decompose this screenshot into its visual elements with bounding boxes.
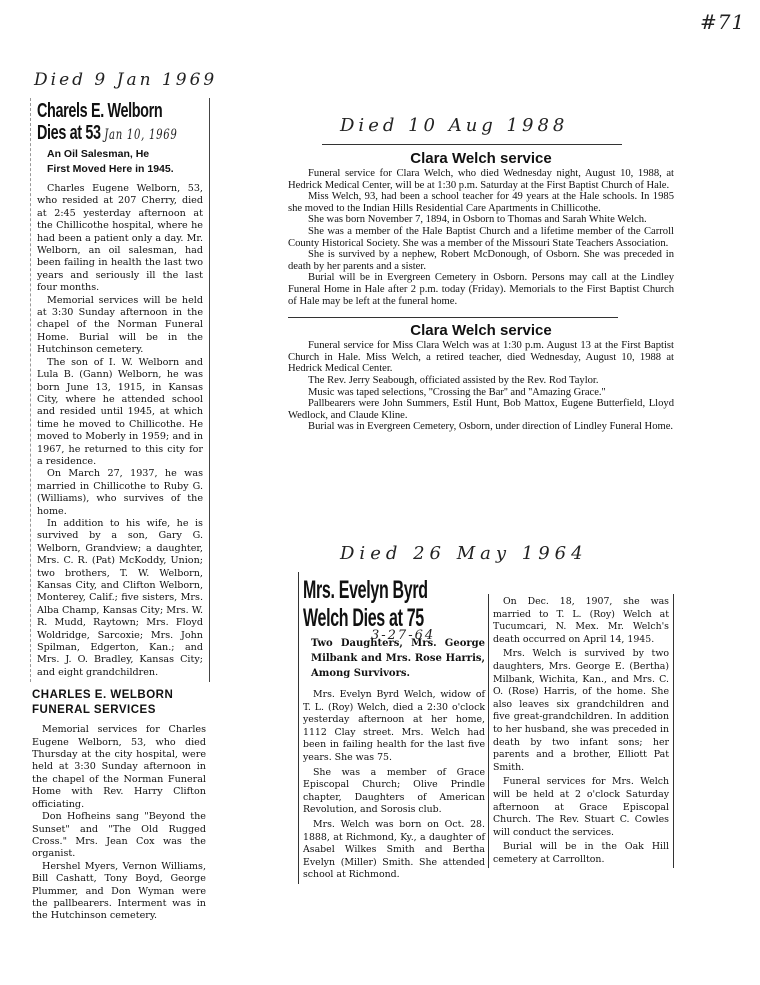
welborn-funeral-services-article: CHARLES E. WELBORN FUNERAL SERVICES Memo… [30, 688, 210, 923]
evelyn-paragraph: She was a member of Grace Episcopal Chur… [303, 767, 485, 817]
welborn-funeral-paragraph: Memorial services for Charles Eugene Wel… [32, 724, 206, 811]
welborn-paragraph: On March 27, 1937, he was married in Chi… [37, 468, 203, 518]
welborn-obituary-clipping: Charels E. Welborn Dies at 53 Jan 10, 19… [30, 98, 210, 923]
evelyn-handwritten-death-date: Died 26 May 1964 [340, 543, 588, 564]
clara-article-1: Clara Welch service Funeral service for … [288, 150, 674, 307]
welborn-funeral-headline-line1: CHARLES E. WELBORN [32, 688, 206, 703]
welborn-paragraph: In addition to his wife, he is survived … [37, 518, 203, 679]
evelyn-obituary-clipping: Mrs. Evelyn Byrd Welch Dies at 75 3-27-6… [298, 572, 670, 872]
welborn-paragraph: The son of I. W. Welborn and Lula B. (Ga… [37, 357, 203, 469]
welborn-funeral-headline-line2: FUNERAL SERVICES [32, 703, 206, 718]
welborn-handwritten-death-date: Died 9 Jan 1969 [34, 70, 217, 90]
welborn-obituary-column: Charels E. Welborn Dies at 53 Jan 10, 19… [30, 98, 210, 682]
clara-article-2-paragraph: Funeral service for Miss Clara Welch was… [288, 340, 674, 375]
evelyn-paragraph: Mrs. Evelyn Byrd Welch, widow of T. L. (… [303, 689, 485, 765]
evelyn-headline-line1: Mrs. Evelyn Byrd [303, 576, 482, 604]
evelyn-right-column: On Dec. 18, 1907, she was married to T. … [488, 594, 674, 868]
welborn-paragraph: Charles Eugene Welborn, 53, who resided … [37, 183, 203, 295]
clara-article-2-paragraph: Pallbearers were John Summers, Estil Hun… [288, 398, 674, 421]
clara-article-1-paragraph: She was a member of the Hale Baptist Chu… [288, 226, 674, 249]
welborn-headline-text: Dies at 53 [37, 122, 101, 144]
page-number-annotation: #71 [700, 10, 745, 34]
evelyn-paragraph: Burial will be in the Oak Hill cemetery … [493, 841, 669, 866]
welborn-funeral-paragraph: Hershel Myers, Vernon Williams, Bill Cas… [32, 861, 206, 923]
clara-article-1-paragraph: Funeral service for Clara Welch, who die… [288, 168, 674, 191]
evelyn-left-column: Mrs. Evelyn Byrd Welch Dies at 75 3-27-6… [298, 572, 485, 884]
clara-article-1-paragraph: Burial will be in Evergreen Cemetery in … [288, 272, 674, 307]
welborn-funeral-headline: CHARLES E. WELBORN FUNERAL SERVICES [32, 688, 206, 718]
clara-article-1-title: Clara Welch service [288, 150, 674, 168]
clara-top-rule [322, 144, 622, 145]
clara-article-1-paragraph: She was born November 7, 1894, in Osborn… [288, 214, 674, 226]
clara-handwritten-death-date: Died 10 Aug 1988 [340, 115, 568, 136]
clara-article-2-paragraph: Burial was in Evergreen Cemetery, Osborn… [288, 421, 674, 433]
clara-article-2-paragraph: Music was taped selections, ''Crossing t… [288, 387, 674, 399]
welborn-headline: Charels E. Welborn Dies at 53 Jan 10, 19… [37, 101, 217, 143]
clara-obituary-clipping: Clara Welch service Funeral service for … [288, 150, 674, 433]
evelyn-headline: Mrs. Evelyn Byrd Welch Dies at 75 [303, 576, 482, 632]
evelyn-paragraph: Funeral services for Mrs. Welch will be … [493, 776, 669, 839]
clara-article-1-paragraph: She is survived by a nephew, Robert McDo… [288, 249, 674, 272]
clara-article-1-paragraph: Miss Welch, 93, had been a school teache… [288, 191, 674, 214]
welborn-subhead-line1: An Oil Salesman, He [47, 147, 203, 162]
welborn-handwritten-pub-date: Jan 10, 1969 [104, 127, 177, 143]
welborn-paragraph: Memorial services will be held at 3:30 S… [37, 295, 203, 357]
evelyn-paragraph: Mrs. Welch was born on Oct. 28. 1888, at… [303, 819, 485, 882]
welborn-subhead-line2: First Moved Here in 1945. [47, 162, 203, 177]
welborn-headline-line1: Charels E. Welborn [37, 101, 217, 121]
evelyn-handwritten-pub-date: 3-27-64 [371, 630, 435, 643]
clara-article-2-title: Clara Welch service [288, 322, 674, 340]
welborn-subhead: An Oil Salesman, He First Moved Here in … [47, 147, 203, 177]
clara-article-2: Clara Welch service Funeral service for … [288, 322, 674, 433]
welborn-headline-line2: Dies at 53 Jan 10, 1969 [37, 123, 217, 143]
clara-article-2-paragraph: The Rev. Jerry Seabough, officiated assi… [288, 375, 674, 387]
evelyn-paragraph: Mrs. Welch is survived by two daughters,… [493, 648, 669, 774]
welborn-funeral-paragraph: Don Hofheins sang "Beyond the Sunset" an… [32, 811, 206, 861]
evelyn-paragraph: On Dec. 18, 1907, she was married to T. … [493, 596, 669, 646]
clara-article-divider [288, 317, 618, 318]
